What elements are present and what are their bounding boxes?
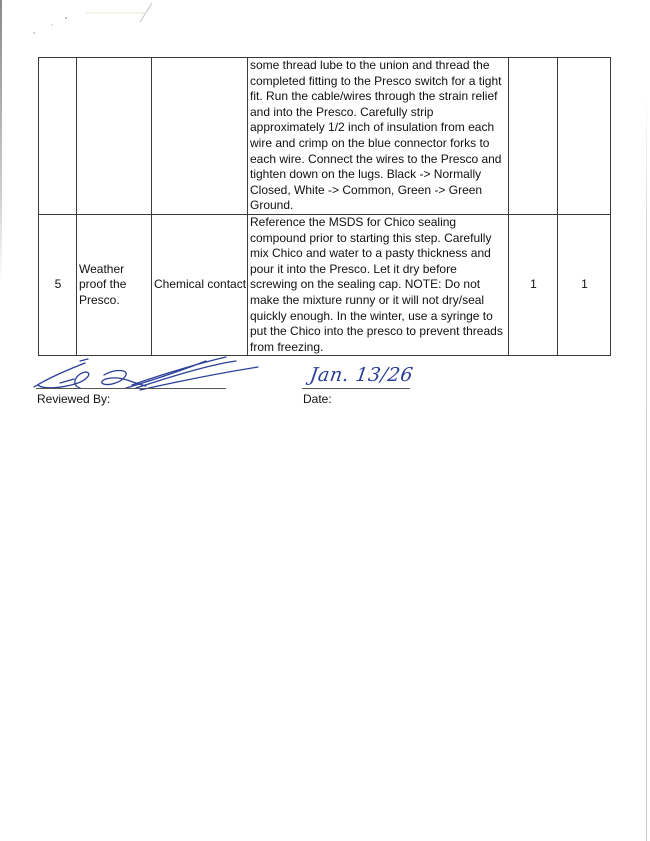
date-block: Jan. 13/26 Date:: [302, 362, 442, 412]
signature-line: [36, 388, 226, 389]
date-label: Date:: [303, 392, 332, 406]
step-cell: [39, 58, 77, 215]
rating-cell-1: 1: [509, 214, 558, 355]
procedure-table: some thread lube to the union and thread…: [38, 57, 611, 356]
signature-icon: [30, 355, 260, 395]
table-row: some thread lube to the union and thread…: [39, 58, 611, 215]
task-cell: Weather proof the Presco.: [77, 214, 152, 355]
rating-cell-1: [509, 58, 558, 215]
date-value: Jan. 13/26: [308, 364, 414, 386]
table-row: 5 Weather proof the Presco. Chemical con…: [39, 214, 611, 355]
rating-cell-2: 1: [558, 214, 611, 355]
step-cell: 5: [39, 214, 77, 355]
scan-artifact-marks: [0, 0, 250, 50]
hazard-cell: Chemical contact: [152, 214, 248, 355]
scan-edge-right: [646, 90, 647, 841]
date-line: [302, 388, 410, 389]
reviewed-by-label: Reviewed By:: [37, 392, 110, 406]
description-cell: some thread lube to the union and thread…: [248, 58, 509, 215]
reviewed-by-block: Reviewed By:: [36, 355, 266, 410]
rating-cell-2: [558, 58, 611, 215]
hazard-cell: [152, 58, 248, 215]
task-cell: [77, 58, 152, 215]
description-cell: Reference the MSDS for Chico sealing com…: [248, 214, 509, 355]
